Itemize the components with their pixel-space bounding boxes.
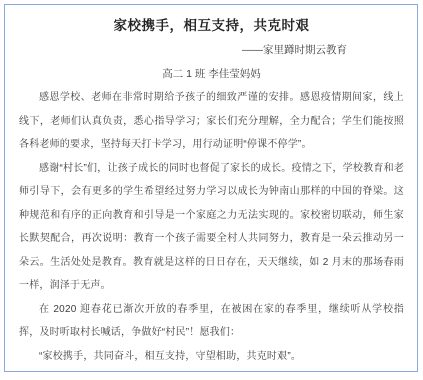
document-page: 家校携手，相互支持，共克时艰 ——家里蹲时期云教育 高二 1 班 李佳莹妈妈 感… bbox=[0, 0, 423, 380]
paragraph-thanks-village-heads: 感谢“村长”们，让孩子成长的同时也督促了家长的成长。疫情之下，学校教育和老师引导… bbox=[19, 157, 404, 298]
paragraph-gratitude-school: 感恩学校、老师在非常时期给予孩子的细致严谨的安排。感恩疫情期间家，线上线下，老师… bbox=[19, 86, 404, 157]
document-author-line: 高二 1 班 李佳莹妈妈 bbox=[19, 62, 404, 86]
document-title: 家校携手，相互支持，共克时艰 bbox=[19, 14, 404, 38]
paragraph-spring-2020: 在 2020 迎春花已渐次开放的春季里，在被困在家的春季里，继续听从学校指挥，及… bbox=[19, 298, 404, 345]
document-byline: ——家里蹲时期云教育 bbox=[19, 38, 404, 62]
document-border-frame: 家校携手，相互支持，共克时艰 ——家里蹲时期云教育 高二 1 班 李佳莹妈妈 感… bbox=[4, 4, 418, 372]
paragraph-closing-quote: “家校携手，共同奋斗，相互支持，守望相助，共克时艰”。 bbox=[19, 345, 404, 369]
